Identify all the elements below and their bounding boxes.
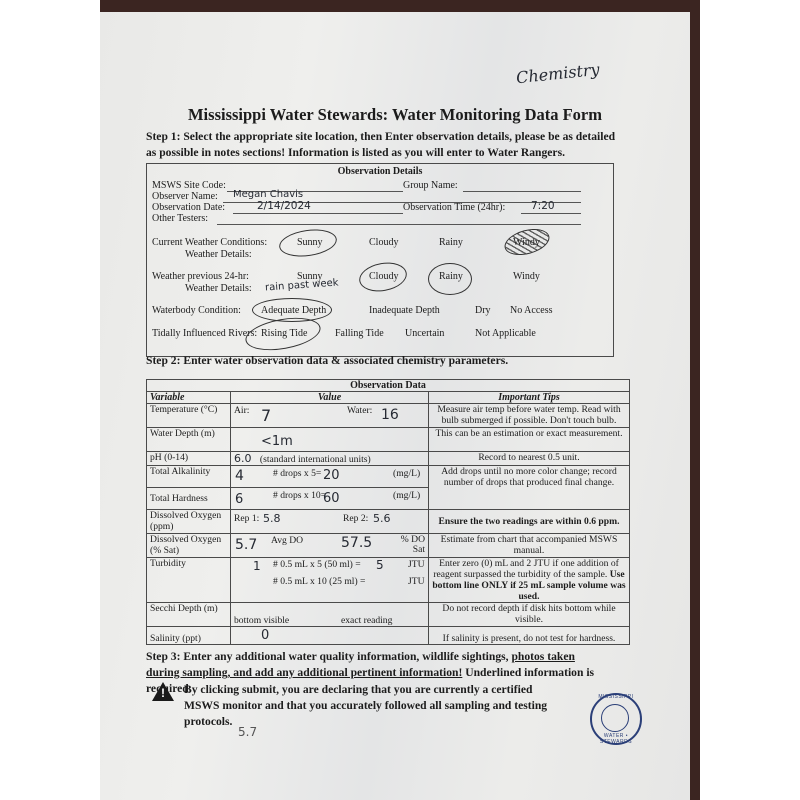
table-row-alkalinity: Total Alkalinity 4 # drops x 5= 20 (mg/L… [147, 466, 630, 488]
alkalinity-drops: 4 [235, 468, 244, 484]
observation-details-box: Observation Details MSWS Site Code: Grou… [146, 163, 614, 357]
mississippi-water-stewards-seal: MISSISSIPPI WATER • STEWARDS [590, 693, 642, 745]
secchi-label: Secchi Depth (m) [147, 603, 231, 627]
tidal-rivers-label: Tidally Influenced Rivers: [152, 328, 257, 339]
selection-circle-rising-tide [243, 313, 323, 356]
current-weather-label: Current Weather Conditions: [152, 237, 267, 248]
table-row-ph: pH (0-14) 6.0 (standard international un… [147, 452, 630, 466]
table-row-do-sat: Dissolved Oxygen (% Sat) 5.7 Avg DO 57.5… [147, 534, 630, 558]
do-ppm-tip: Ensure the two readings are within 0.6 p… [429, 510, 630, 534]
temperature-value-cell[interactable]: Air: 7 Water: 16 [231, 404, 429, 428]
corner-handwritten-note: Chemistry [515, 60, 600, 88]
do-sat-value: 57.5 [341, 535, 372, 551]
air-temp-value: 7 [261, 406, 271, 425]
turbidity-value-cell[interactable]: 1 # 0.5 mL x 5 (50 ml) = 5 JTU # 0.5 mL … [231, 558, 429, 603]
rep2-value: 5.6 [373, 512, 391, 525]
alkalinity-formula: # drops x 5= [273, 468, 321, 479]
turbidity-line1: # 0.5 mL x 5 (50 ml) = [273, 559, 361, 570]
salinity-tip: If salinity is present, do not test for … [429, 627, 630, 645]
avg-do-label: Avg DO [271, 535, 303, 546]
observation-date-label: Observation Date: [152, 202, 225, 213]
hardness-label: Total Hardness [147, 488, 231, 510]
do-ppm-label: Dissolved Oxygen (ppm) [147, 510, 231, 534]
table-row-turbidity: Turbidity 1 # 0.5 mL x 5 (50 ml) = 5 JTU… [147, 558, 630, 603]
turbidity-tip: Enter zero (0) mL and 2 JTU if one addit… [429, 558, 630, 603]
turbidity-unit-1: JTU [408, 559, 425, 570]
observation-time-value: 7:20 [531, 200, 555, 212]
air-label: Air: [234, 405, 249, 416]
table-row-do-ppm: Dissolved Oxygen (ppm) Rep 1: 5.8 Rep 2:… [147, 510, 630, 534]
water-depth-value-cell[interactable]: <1m [231, 428, 429, 452]
bottom-handwritten-note: 5.7 [238, 725, 257, 739]
observation-date-value: 2/14/2024 [257, 200, 311, 212]
selection-circle-sunny [277, 226, 338, 260]
step1-instructions: Step 1: Select the appropriate site loca… [146, 129, 616, 161]
alkalinity-hardness-tip: Add drops until no more color change; re… [429, 466, 630, 510]
selection-circle-cloudy [357, 259, 409, 295]
selection-circle-rainy [428, 263, 472, 295]
do-sat-unit: % DO Sat [399, 535, 425, 555]
water-depth-value: <1m [261, 434, 293, 449]
current-weather-details-label: Weather Details: [185, 249, 252, 260]
hardness-result: 60 [323, 491, 340, 506]
selection-scribble-windy [502, 224, 553, 259]
previous-weather-windy[interactable]: Windy [513, 271, 540, 282]
observation-date-field[interactable] [233, 213, 403, 214]
avg-do-value: 5.7 [235, 537, 257, 553]
temperature-tip: Measure air temp before water temp. Read… [429, 404, 630, 428]
alkalinity-unit: (mg/L) [393, 468, 420, 479]
declaration-text: By clicking submit, you are declaring th… [184, 682, 554, 730]
turbidity-label: Turbidity [147, 558, 231, 603]
do-sat-value-cell[interactable]: 5.7 Avg DO 57.5 % DO Sat [231, 534, 429, 558]
secchi-value-cell[interactable]: bottom visible exact reading [231, 603, 429, 627]
seal-bottom-text: WATER • STEWARDS [592, 733, 640, 745]
alkalinity-label: Total Alkalinity [147, 466, 231, 488]
do-ppm-value-cell[interactable]: Rep 1: 5.8 Rep 2: 5.6 [231, 510, 429, 534]
warning-exclamation: ! [161, 686, 165, 700]
salinity-value: 0 [261, 628, 269, 643]
group-name-label: Group Name: [403, 180, 458, 191]
waterbody-inadequate-depth[interactable]: Inadequate Depth [369, 305, 440, 316]
form-title: Mississippi Water Stewards: Water Monito… [100, 105, 690, 125]
tidal-falling-tide[interactable]: Falling Tide [335, 328, 384, 339]
observation-data-title: Observation Data [147, 380, 630, 392]
rep1-label: Rep 1: [234, 513, 259, 524]
waterbody-condition-label: Waterbody Condition: [152, 305, 241, 316]
turbidity-line1-result: 5 [376, 558, 384, 572]
header-tips: Important Tips [429, 392, 630, 404]
group-name-field[interactable] [463, 191, 581, 192]
ph-value: 6.0 [234, 452, 252, 465]
water-drop-wave-icon [601, 704, 629, 732]
turbidity-line2: # 0.5 mL x 10 (25 ml) = [273, 576, 365, 587]
current-weather-rainy[interactable]: Rainy [439, 237, 463, 248]
hardness-value-cell[interactable]: 6 # drops x 10= 60 (mg/L) [231, 488, 429, 510]
do-sat-tip: Estimate from chart that accompanied MSW… [429, 534, 630, 558]
turbidity-value: 1 [253, 559, 261, 573]
salinity-value-cell[interactable]: 0 [231, 627, 429, 645]
turbidity-unit-2: JTU [408, 576, 425, 587]
data-form-paper: Chemistry Mississippi Water Stewards: Wa… [100, 12, 690, 800]
rep1-value: 5.8 [263, 512, 281, 525]
ph-label: pH (0-14) [147, 452, 231, 466]
tidal-uncertain[interactable]: Uncertain [405, 328, 444, 339]
step2-instructions: Step 2: Enter water observation data & a… [146, 353, 646, 369]
alkalinity-result: 20 [323, 468, 340, 483]
seal-top-text: MISSISSIPPI [592, 694, 640, 700]
waterbody-dry[interactable]: Dry [475, 305, 491, 316]
previous-weather-label: Weather previous 24-hr: [152, 271, 249, 282]
hardness-formula: # drops x 10= [273, 490, 326, 501]
ph-value-cell[interactable]: 6.0 (standard international units) [231, 452, 429, 466]
other-testers-field[interactable] [217, 224, 581, 225]
table-row-secchi: Secchi Depth (m) bottom visible exact re… [147, 603, 630, 627]
observation-data-table: Observation Data Variable Value Importan… [146, 379, 630, 645]
current-weather-cloudy[interactable]: Cloudy [369, 237, 398, 248]
site-code-label: MSWS Site Code: [152, 180, 226, 191]
other-testers-label: Other Testers: [152, 213, 208, 224]
table-row-water-depth: Water Depth (m) <1m This can be an estim… [147, 428, 630, 452]
ph-tip: Record to nearest 0.5 unit. [429, 452, 630, 466]
observer-name-value: Megan Chavis [233, 189, 303, 200]
water-temp-value: 16 [381, 407, 399, 423]
water-depth-tip: This can be an estimation or exact measu… [429, 428, 630, 452]
header-variable: Variable [147, 392, 231, 404]
step3-text: Step 3: Enter any additional water quali… [146, 650, 511, 663]
secchi-bottom-visible[interactable]: bottom visible [234, 615, 289, 626]
turbidity-tip-text: Enter zero (0) mL and 2 JTU if one addit… [433, 558, 619, 580]
previous-weather-sunny[interactable]: Sunny [297, 271, 323, 282]
rep2-label: Rep 2: [343, 513, 368, 524]
table-row-temperature: Temperature (°C) Air: 7 Water: 16 Measur… [147, 404, 630, 428]
hardness-unit: (mg/L) [393, 490, 420, 501]
observation-details-title: Observation Details [147, 166, 613, 177]
temperature-label: Temperature (°C) [147, 404, 231, 428]
secchi-exact-reading[interactable]: exact reading [341, 615, 392, 626]
observer-name-label: Observer Name: [152, 191, 218, 202]
observation-time-field[interactable] [521, 213, 581, 214]
tidal-not-applicable[interactable]: Not Applicable [475, 328, 536, 339]
table-row-salinity: Salinity (ppt) 0 If salinity is present,… [147, 627, 630, 645]
ph-unit-note: (standard international units) [260, 454, 371, 465]
salinity-label: Salinity (ppt) [147, 627, 231, 645]
hardness-drops: 6 [235, 492, 243, 507]
observation-time-label: Observation Time (24hr): [403, 202, 505, 213]
waterbody-no-access[interactable]: No Access [510, 305, 553, 316]
previous-weather-details-label: Weather Details: [185, 283, 252, 294]
water-label: Water: [347, 405, 372, 416]
do-sat-label: Dissolved Oxygen (% Sat) [147, 534, 231, 558]
header-value: Value [231, 392, 429, 404]
alkalinity-value-cell[interactable]: 4 # drops x 5= 20 (mg/L) [231, 466, 429, 488]
secchi-tip: Do not record depth if disk hits bottom … [429, 603, 630, 627]
water-depth-label: Water Depth (m) [147, 428, 231, 452]
